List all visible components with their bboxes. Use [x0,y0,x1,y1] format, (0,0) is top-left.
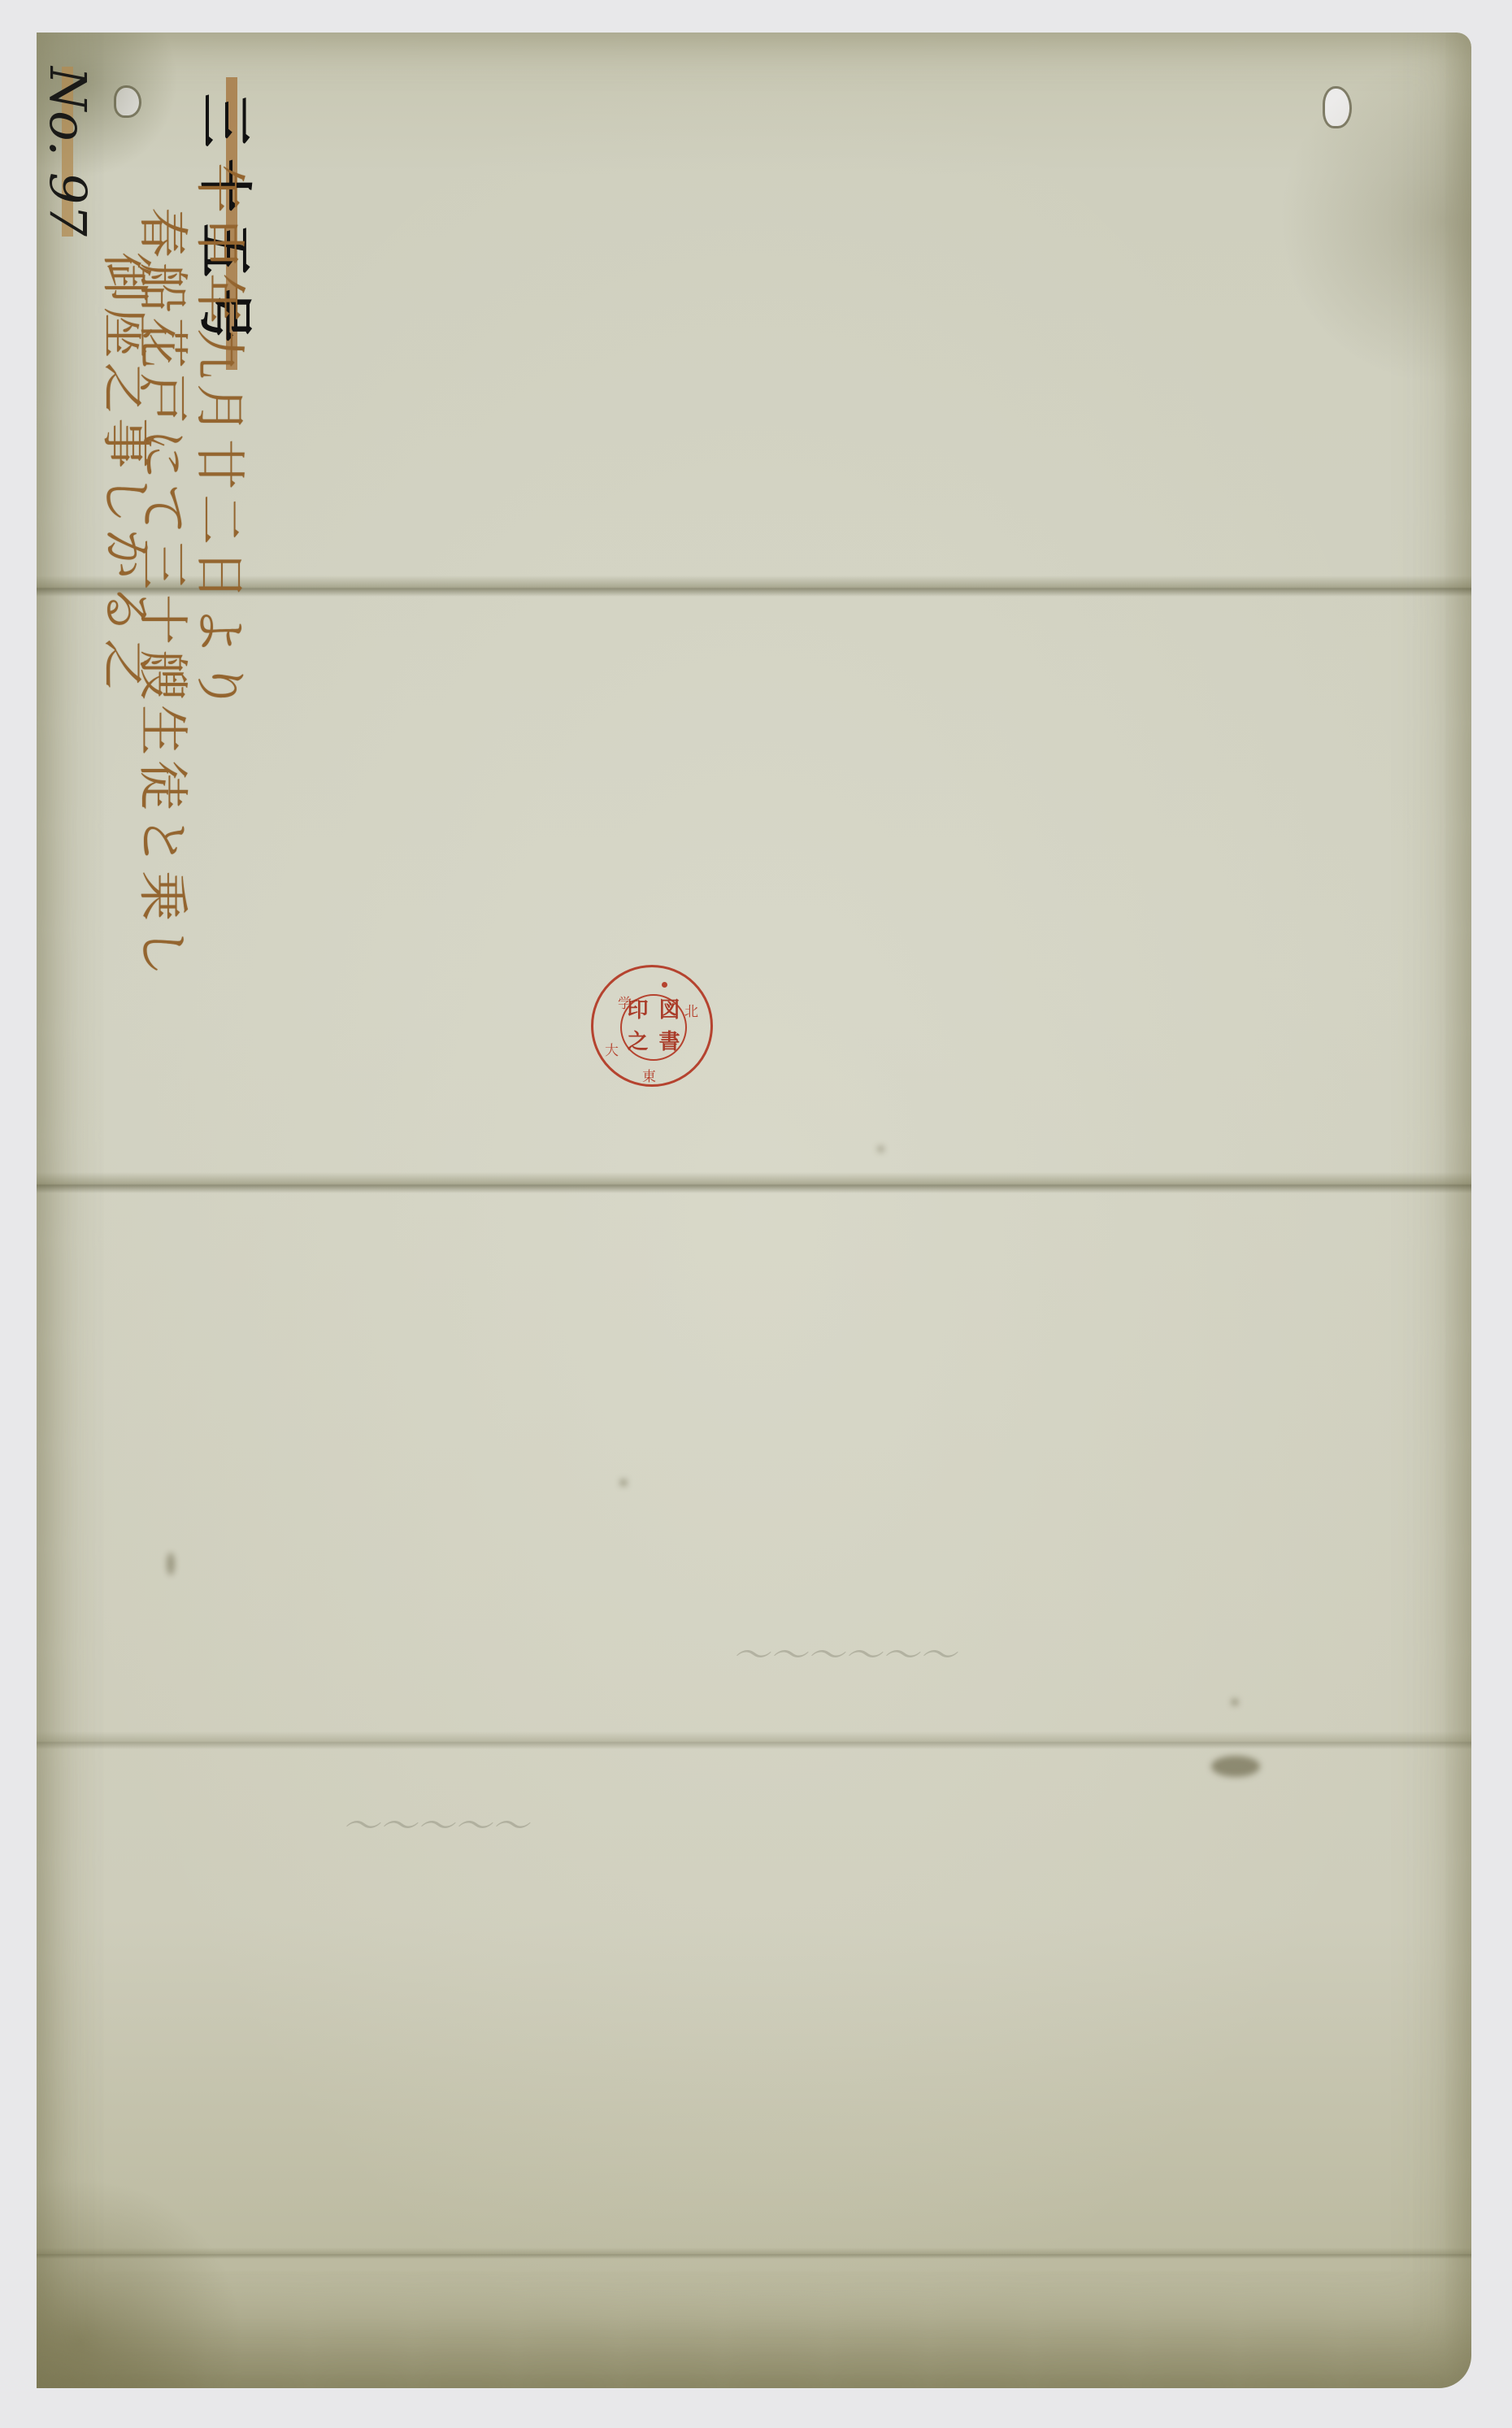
bleed-through-text: 〜〜〜〜〜 [341,1796,528,1850]
item-number-label: No. 97 [38,67,98,237]
ink-spot [878,1146,884,1152]
seal-ring-char: 大 [605,1039,619,1059]
seal-core-char: 印 [622,996,654,1027]
item-number-text: No. 97 [38,67,98,237]
seal-core-char: 図 [654,996,685,1027]
ink-spot [1232,1699,1238,1705]
ink-stain [167,1553,175,1575]
handwritten-line-3: 御座之事しかる之 [94,252,167,694]
seal-core-char: 書 [654,1027,685,1059]
seal-core: 印 図 之 書 [622,996,685,1059]
ink-stain [1211,1756,1260,1777]
seal-core-char: 之 [622,1027,654,1059]
seal-ring-char: 東 [642,1065,656,1085]
binding-hole [1323,86,1352,128]
library-seal: 北 東 大 学 印 図 之 書 [591,965,713,1087]
bleed-through-text: 〜〜〜〜〜〜 [732,1626,956,1679]
binding-hole [114,85,141,118]
crease-line [37,2248,1471,2259]
seal-inner-circle: 印 図 之 書 [620,994,687,1061]
seal-dot [662,982,667,988]
ink-spot [620,1479,627,1486]
fold-line [37,1731,1471,1749]
fold-line [37,1172,1471,1193]
seal-ring-char: 北 [684,1000,698,1020]
